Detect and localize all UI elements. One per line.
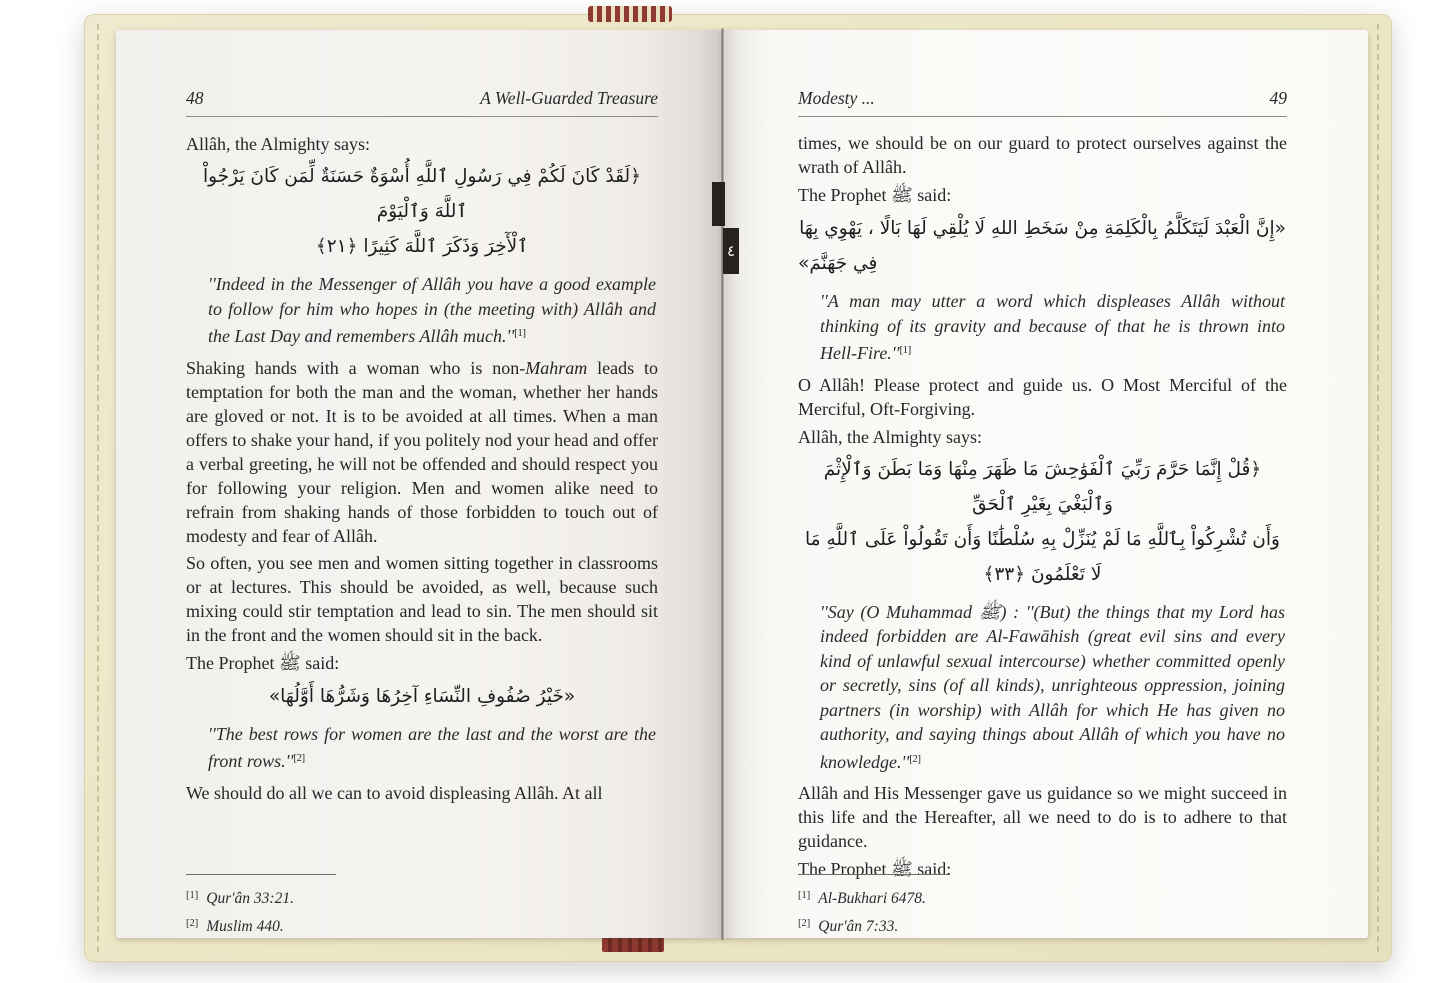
arabic-verse-line: وَأَن تُشْرِكُواْ بِٱللَّهِ مَا لَمْ يُن… <box>798 522 1287 592</box>
hadith-translation: ''The best rows for women are the last a… <box>186 720 658 774</box>
quran-verse-arabic: ﴿قُلْ إِنَّمَا حَرَّمَ رَبِّيَ ٱلْفَوَٰح… <box>798 452 1287 592</box>
left-page: 48 A Well-Guarded Treasure Allâh, the Al… <box>116 30 723 938</box>
spine-gutter <box>721 28 724 940</box>
right-page-header: Modesty ... 49 <box>798 88 1287 117</box>
arabic-hadith-line: فِي جَهَنَّمَ» <box>798 246 1287 281</box>
footnote: [1]Al-Bukhari 6478. <box>798 883 1287 911</box>
body-paragraph: times, we should be on our guard to prot… <box>798 131 1287 179</box>
arabic-verse-line: ﴿قُلْ إِنَّمَا حَرَّمَ رَبِّيَ ٱلْفَوَٰح… <box>798 452 1287 522</box>
footnote-marker: [2] <box>186 918 198 929</box>
page-number-left: 48 <box>186 88 204 109</box>
spine-headband <box>588 6 672 22</box>
arabic-verse-line: ﴿لَقَدْ كَانَ لَكُمْ فِي رَسُولِ ٱللَّهِ… <box>186 159 658 229</box>
footnote-ref: [1] <box>900 344 911 356</box>
hadith-translation-text: ''A man may utter a word which displease… <box>820 291 1285 363</box>
prophet-said-line: The Prophet ﷺ said: <box>798 182 1287 208</box>
paragraph-text: Shaking hands with a woman who is non- <box>186 358 525 378</box>
footnote-text: Muslim 440. <box>198 918 284 935</box>
footnote-text: Al-Bukhari 6478. <box>810 890 926 907</box>
verse-translation-text: ''Say (O Muhammad ﷺ) : ''(But) the thing… <box>820 602 1285 772</box>
running-head-left: A Well-Guarded Treasure <box>480 88 658 109</box>
footnote-divider <box>798 874 948 875</box>
book-photo: 48 A Well-Guarded Treasure Allâh, the Al… <box>0 0 1445 983</box>
verse-translation-text: ''Indeed in the Messenger of Allâh you h… <box>208 274 656 346</box>
italic-term: Mahram <box>525 358 587 378</box>
arabic-verse-line: ٱلْأٓخِرَ وَذَكَرَ ٱللَّهَ كَثِيرًا ﴿٢١﴾ <box>186 229 658 264</box>
footnote: [1]Qur'ân 33:21. <box>186 883 658 911</box>
verse-translation: ''Say (O Muhammad ﷺ) : ''(But) the thing… <box>798 598 1287 775</box>
chapter-tab-upper <box>712 182 725 226</box>
footnote-ref: [2] <box>909 753 920 765</box>
quran-verse-arabic: ﴿لَقَدْ كَانَ لَكُمْ فِي رَسُولِ ٱللَّهِ… <box>186 159 658 264</box>
paragraph-text: leads to temptation for both the man and… <box>186 358 658 546</box>
hadith-arabic: «خَيْرُ صُفُوفِ النِّسَاءِ آخِرُهَا وَشَ… <box>186 679 658 714</box>
verse-translation: ''Indeed in the Messenger of Allâh you h… <box>186 270 658 349</box>
hadith-translation: ''A man may utter a word which displease… <box>798 287 1287 366</box>
body-paragraph: Allâh and His Messenger gave us guidance… <box>798 781 1287 853</box>
body-paragraph: Shaking hands with a woman who is non-Ma… <box>186 356 658 548</box>
footnote-ref: [2] <box>293 752 304 764</box>
footnotes-left: [1]Qur'ân 33:21. [2]Muslim 440. <box>186 874 658 939</box>
intro-line: Allâh, the Almighty says: <box>186 131 658 157</box>
footnote-marker: [1] <box>798 890 810 901</box>
cover-stitching-right <box>1377 24 1379 952</box>
footnote-marker: [1] <box>186 890 198 901</box>
arabic-hadith-line: «إِنَّ الْعَبْدَ لَيَتَكَلَّمُ بِالْكَلِ… <box>798 211 1287 246</box>
left-page-header: 48 A Well-Guarded Treasure <box>186 88 658 117</box>
intro-line: Allâh, the Almighty says: <box>798 424 1287 450</box>
body-paragraph: So often, you see men and women sitting … <box>186 551 658 647</box>
prophet-said-line: The Prophet ﷺ said: <box>186 650 658 676</box>
footnote: [2]Muslim 440. <box>186 911 658 939</box>
right-page: Modesty ... 49 times, we should be on ou… <box>723 30 1368 938</box>
body-paragraph: We should do all we can to avoid displea… <box>186 781 658 805</box>
footnotes-right: [1]Al-Bukhari 6478. [2]Qur'ân 7:33. <box>798 874 1287 939</box>
cover-stitching-left <box>97 24 99 952</box>
hadith-translation-text: ''The best rows for women are the last a… <box>208 724 656 772</box>
hadith-arabic: «إِنَّ الْعَبْدَ لَيَتَكَلَّمُ بِالْكَلِ… <box>798 211 1287 281</box>
running-head-right: Modesty ... <box>798 88 875 109</box>
footnote: [2]Qur'ân 7:33. <box>798 911 1287 939</box>
footnote-text: Qur'ân 7:33. <box>810 918 898 935</box>
footnote-divider <box>186 874 336 875</box>
body-paragraph: O Allâh! Please protect and guide us. O … <box>798 373 1287 421</box>
footnote-marker: [2] <box>798 918 810 929</box>
page-number-right: 49 <box>1270 88 1288 109</box>
footnote-ref: [1] <box>514 327 525 339</box>
chapter-tab: ٤ <box>723 228 739 274</box>
footnote-text: Qur'ân 33:21. <box>198 890 294 907</box>
